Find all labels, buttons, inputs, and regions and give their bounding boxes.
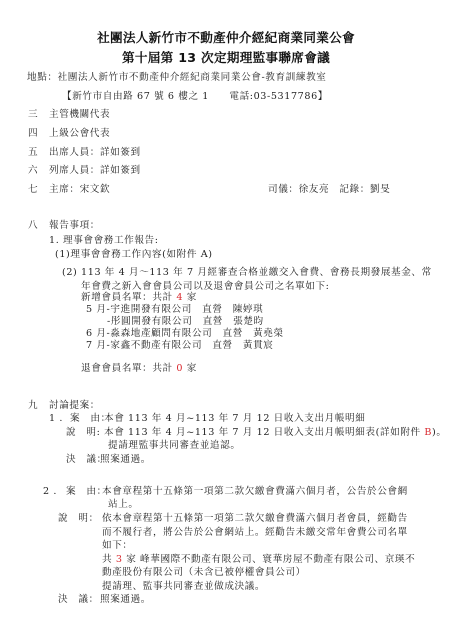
case2-count-prefix: 共 (102, 554, 116, 565)
new-member-row: 7 月-家鑫不動產有限公司 直營 黃貫宸 (86, 340, 274, 352)
case2-resolution: 照案通過。 (100, 594, 151, 606)
case2-explain-label: 說 明： (58, 513, 99, 525)
report-section-heading: 報告事項： (49, 220, 100, 232)
new-member-row: -彤圓開發有限公司 直營 張楚昀 (107, 316, 264, 328)
case1-explain-line2: 提請理監事共同審查並追認。 (108, 440, 241, 452)
item-five-text: 出席人員：詳如簽到 (49, 147, 141, 159)
case2-number: 2 . (43, 486, 57, 498)
new-member-row: 5 月-宇進開發有限公司 直營 陳婷琪 (86, 304, 263, 316)
new-members-summary: 新增會員名單：共計 4 家 (81, 292, 197, 304)
discussion-section-heading: 討論提案： (49, 400, 100, 412)
case1-explain-line1: 本會 113 年 4 月~113 年 7 月 12 日收入支出月帳明細表(詳如附… (104, 427, 447, 439)
case1-resolution: 照案通過。 (100, 454, 151, 466)
meeting-location: 地點：社團法人新竹市不動產仲介經紀商業同業公會-教育訓練教室 (27, 72, 326, 84)
case2-reason-line2: 站上。 (108, 499, 139, 511)
case2-explain-line1: 依本會章程第十五條第一項第二款欠繳會費滿六個月者會員，經勸告 (102, 513, 408, 525)
item-three-number: 三 (28, 109, 38, 121)
new-members-label: 新增會員名單：共計 (81, 292, 176, 303)
withdrawn-members-label: 退會會員名單：共計 (81, 363, 176, 374)
case2-company-list: 家 峰華國際不動產有限公司、寰華房屋不動產有限公司、京瑛不 (123, 554, 416, 565)
item-four-text: 上級公會代表 (49, 128, 110, 140)
report-item-1: 1. 理事會會務工作報告: (49, 235, 159, 247)
item-six-number: 六 (28, 165, 38, 177)
case2-reason-line1: 本會章程第十五條第一項第二款欠繳會費滿六個月者，公告於公會網 (102, 486, 408, 498)
case2-explain-line3: 如下： (102, 540, 133, 552)
item-four-number: 四 (28, 128, 38, 140)
case1-explain-text: 本會 113 年 4 月~113 年 7 月 12 日收入支出月帳明細表(詳如附… (104, 427, 424, 438)
withdrawn-members-summary: 退會會員名單：共計 0 家 (81, 363, 197, 375)
case2-explain-line5: 動產股份有限公司（未含已被停權會員公司） (102, 567, 306, 579)
case2-resolution-label: 決 議： (58, 594, 99, 606)
new-member-row: 6 月-淼森地產顧問有限公司 直營 黃堯榮 (86, 328, 284, 340)
meeting-address: 【新竹市自由路 67 號 6 樓之 1 電話:03-5317786】 (62, 91, 328, 103)
emcee-and-recorder: 司儀：徐友亮 記錄：劉旻 (268, 184, 390, 196)
case1-attachment-ref: B (424, 427, 432, 438)
case1-reason: 本會 113 年 4 月~113 年 7 月 12 日收入支出月帳明細 (104, 413, 365, 425)
report-section-number: 八 (28, 220, 38, 232)
item-three-text: 主管機關代表 (49, 109, 110, 121)
case1-number: 1 . (49, 413, 63, 425)
case2-unpaid-count: 3 (116, 554, 123, 565)
case1-explain-label: 說 明: (66, 427, 100, 439)
withdrawn-members-unit: 家 (183, 363, 197, 374)
item-six-text: 列席人員：詳如簽到 (49, 165, 141, 177)
report-item-2-line1: (2) 113 年 4 月～113 年 7 月經審查合格並繳交入會費、會務長期發… (62, 267, 432, 279)
item-seven-number: 七 (28, 184, 38, 196)
case1-explain-close: )。 (432, 427, 447, 438)
document-title-meeting: 第十屆第 13 次定期理監事聯席會議 (0, 50, 452, 66)
chairperson: 主席：宋文欽 (49, 184, 110, 196)
report-item-1-1: (1)理事會會務工作內容(如附件 A) (55, 249, 213, 261)
discussion-section-number: 九 (28, 400, 38, 412)
new-members-unit: 家 (183, 292, 197, 303)
case2-reason-label: 案 由： (66, 486, 107, 498)
item-five-number: 五 (28, 147, 38, 159)
case2-explain-line6: 提請理、監事共同審查並做成決議。 (102, 581, 265, 593)
case2-explain-line2: 而不履行者，將公告於公會網站上。經勸告未繳交常年會費公司名單 (102, 527, 408, 539)
case2-unpaid-companies: 共 3 家 峰華國際不動產有限公司、寰華房屋不動產有限公司、京瑛不 (102, 554, 415, 566)
document-title-org: 社團法人新竹市不動產仲介經紀商業同業公會 (0, 30, 452, 46)
